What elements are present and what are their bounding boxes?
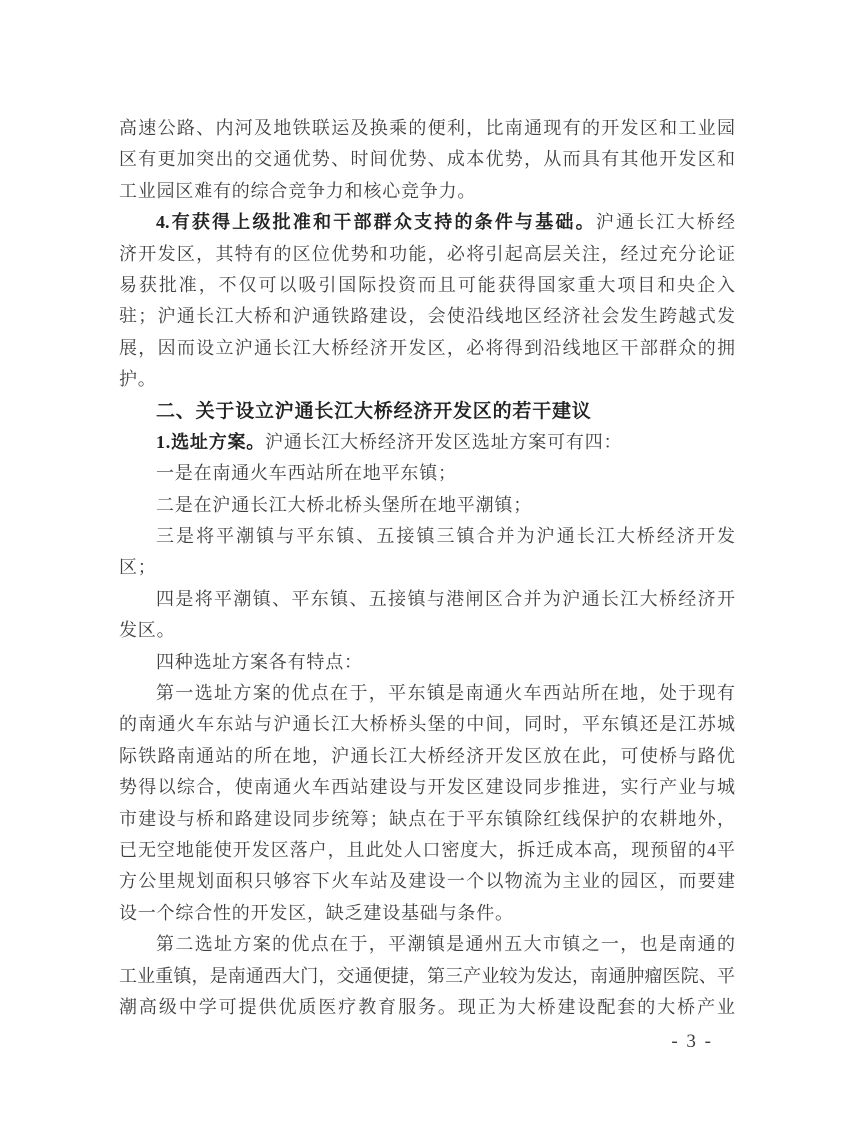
text-line: 第二选址方案的优点在于，平潮镇是通州五大市镇之一，也是南通的 (119, 929, 735, 960)
text-run: 四是将平潮镇、平东镇、五接镇与港闸区合并为沪通长江大桥经济开 (156, 589, 735, 609)
text-line: 济开发区，其特有的区位优势和功能，必将引起高层关注，经过充分论证 (119, 239, 735, 270)
text-line: 方公里规划面积只够容下火车站及建设一个以物流为主业的园区，而要建 (119, 866, 735, 897)
text-line: 驻；沪通长江大桥和沪通铁路建设，会使沿线地区经济社会发生跨越式发 (119, 301, 735, 332)
bold-text-run: 4.有获得上级批准和干部群众支持的条件与基础。 (156, 212, 596, 232)
text-line: 工业重镇，是南通西大门，交通便捷，第三产业较为发达，南通肿瘤医院、平 (119, 961, 735, 992)
text-run: 的南通火车东站与沪通长江大桥桥头堡的中间，同时，平东镇还是江苏城 (119, 714, 735, 734)
text-run: 潮高级中学可提供优质医疗教育服务。现正为大桥建设配套的大桥产业 (119, 997, 735, 1017)
text-run: 设一个综合性的开发区，缺乏建设基础与条件。 (119, 903, 514, 923)
text-run: 工业园区难有的综合竞争力和核心竞争力。 (119, 181, 476, 201)
text-run: 一是在南通火车西站所在地平东镇； (156, 463, 457, 483)
text-line: 四是将平潮镇、平东镇、五接镇与港闸区合并为沪通长江大桥经济开 (119, 584, 735, 615)
text-run: 易获批准，不仅可以吸引国际投资而且可能获得国家重大项目和央企入 (119, 275, 735, 295)
text-run: 济开发区，其特有的区位优势和功能，必将引起高层关注，经过充分论证 (119, 244, 735, 264)
text-run: 护。 (119, 369, 157, 389)
text-line: 区有更加突出的交通优势、时间优势、成本优势，从而具有其他开发区和 (119, 144, 735, 175)
text-run: 区； (119, 557, 157, 577)
text-line: 四种选址方案各有特点： (119, 647, 735, 678)
text-line: 势得以综合，使南通火车西站建设与开发区建设同步推进，实行产业与城 (119, 772, 735, 803)
text-run: 发区。 (119, 620, 175, 640)
text-line: 市建设与桥和路建设同步统筹；缺点在于平东镇除红线保护的农耕地外， (119, 804, 735, 835)
text-line: 设一个综合性的开发区，缺乏建设基础与条件。 (119, 898, 735, 929)
text-run: 沪通长江大桥经济开发区选址方案可有四： (265, 432, 622, 452)
text-run: 区有更加突出的交通优势、时间优势、成本优势，从而具有其他开发区和 (119, 149, 735, 169)
document-text-block: 高速公路、内河及地铁联运及换乘的便利，比南通现有的开发区和工业园区有更加突出的交… (119, 113, 735, 1023)
text-run: 势得以综合，使南通火车西站建设与开发区建设同步推进，实行产业与城 (119, 777, 735, 797)
text-line: 一是在南通火车西站所在地平东镇； (119, 458, 735, 489)
text-run: 四种选址方案各有特点： (156, 652, 363, 672)
text-run: 市建设与桥和路建设同步统筹；缺点在于平东镇除红线保护的农耕地外， (119, 809, 735, 829)
text-line: 护。 (119, 364, 735, 395)
page-number: - 3 - (119, 1031, 735, 1053)
text-line: 三是将平潮镇与平东镇、五接镇三镇合并为沪通长江大桥经济开发 (119, 521, 735, 552)
text-run: 已无空地能使开发区落户，且此处人口密度大，拆迁成本高，现预留的4平 (119, 840, 735, 860)
section-heading-line: 二、关于设立沪通长江大桥经济开发区的若干建议 (119, 396, 735, 427)
text-line: 易获批准，不仅可以吸引国际投资而且可能获得国家重大项目和央企入 (119, 270, 735, 301)
text-line: 发区。 (119, 615, 735, 646)
text-line: 高速公路、内河及地铁联运及换乘的便利，比南通现有的开发区和工业园 (119, 113, 735, 144)
text-run: 展，因而设立沪通长江大桥经济开发区，必将得到沿线地区干部群众的拥 (119, 338, 735, 358)
text-run: 二是在沪通长江大桥北桥头堡所在地平潮镇； (156, 495, 532, 515)
text-line: 际铁路南通站的所在地，沪通长江大桥经济开发区放在此，可使桥与路优 (119, 741, 735, 772)
text-run: 际铁路南通站的所在地，沪通长江大桥经济开发区放在此，可使桥与路优 (119, 746, 735, 766)
text-line: 已无空地能使开发区落户，且此处人口密度大，拆迁成本高，现预留的4平 (119, 835, 735, 866)
text-line: 二是在沪通长江大桥北桥头堡所在地平潮镇； (119, 490, 735, 521)
text-run: 工业重镇，是南通西大门，交通便捷，第三产业较为发达，南通肿瘤医院、平 (119, 966, 735, 986)
text-run: 方公里规划面积只够容下火车站及建设一个以物流为主业的园区，而要建 (119, 871, 735, 891)
text-run: 驻；沪通长江大桥和沪通铁路建设，会使沿线地区经济社会发生跨越式发 (119, 306, 735, 326)
text-line: 1.选址方案。沪通长江大桥经济开发区选址方案可有四： (119, 427, 735, 458)
text-line: 工业园区难有的综合竞争力和核心竞争力。 (119, 176, 735, 207)
text-line: 潮高级中学可提供优质医疗教育服务。现正为大桥建设配套的大桥产业 (119, 992, 735, 1023)
text-line: 的南通火车东站与沪通长江大桥桥头堡的中间，同时，平东镇还是江苏城 (119, 709, 735, 740)
text-run: 沪通长江大桥经 (596, 212, 735, 232)
text-run: 高速公路、内河及地铁联运及换乘的便利，比南通现有的开发区和工业园 (119, 118, 735, 138)
text-line: 4.有获得上级批准和干部群众支持的条件与基础。沪通长江大桥经 (119, 207, 735, 238)
text-run: 第一选址方案的优点在于，平东镇是南通火车西站所在地，处于现有 (156, 683, 735, 703)
text-run: 第二选址方案的优点在于，平潮镇是通州五大市镇之一，也是南通的 (156, 934, 735, 954)
document-page: 高速公路、内河及地铁联运及换乘的便利，比南通现有的开发区和工业园区有更加突出的交… (0, 0, 850, 1146)
text-run: 三是将平潮镇与平东镇、五接镇三镇合并为沪通长江大桥经济开发 (156, 526, 735, 546)
bold-text-run: 1.选址方案。 (156, 432, 265, 452)
text-line: 区； (119, 552, 735, 583)
text-line: 第一选址方案的优点在于，平东镇是南通火车西站所在地，处于现有 (119, 678, 735, 709)
bold-text-run: 二、关于设立沪通长江大桥经济开发区的若干建议 (156, 401, 592, 422)
text-line: 展，因而设立沪通长江大桥经济开发区，必将得到沿线地区干部群众的拥 (119, 333, 735, 364)
